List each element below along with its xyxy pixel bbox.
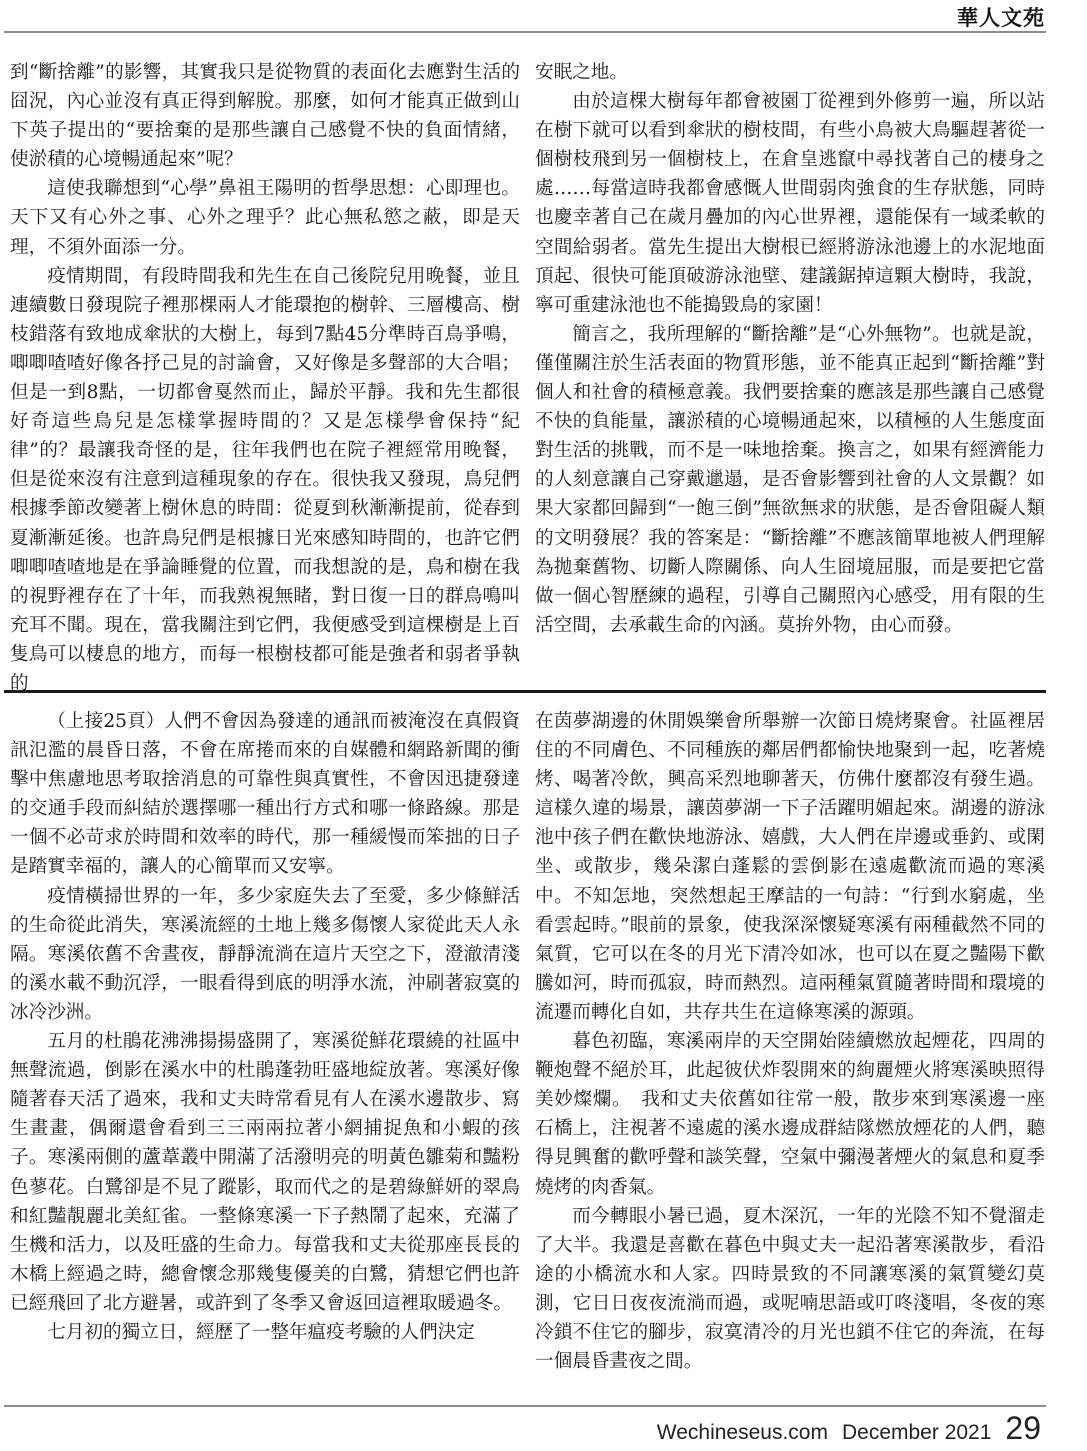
paragraph: 簡言之，我所理解的“斷捨離”是“心外無物”。也就是說，僅僅關注於生活表面的物質形… xyxy=(535,320,1045,640)
page-number: 29 xyxy=(1005,1410,1041,1447)
paragraph: 七月初的獨立日，經歷了一整年瘟疫考驗的人們決定 xyxy=(10,1318,520,1347)
article-bottom-right-column: 在茵夢湖邊的休閒娛樂會所舉辦一次節日燒烤聚會。社區裡居住的不同膚色、不同種族的鄰… xyxy=(535,707,1045,1376)
paragraph: 在茵夢湖邊的休閒娛樂會所舉辦一次節日燒烤聚會。社區裡居住的不同膚色、不同種族的鄰… xyxy=(535,707,1045,1027)
article-bottom-left-column: （上接25頁）人們不會因為發達的通訊而被淹沒在真假資訊氾濫的晨昏日落，不會在席捲… xyxy=(10,707,520,1347)
paragraph: （上接25頁）人們不會因為發達的通訊而被淹沒在真假資訊氾濫的晨昏日落，不會在席捲… xyxy=(10,707,520,882)
paragraph: 暮色初臨，寒溪兩岸的天空開始陸續燃放起煙花，四周的鞭炮聲不絕於耳，此起彼伏炸裂開… xyxy=(535,1027,1045,1202)
paragraph: 五月的杜鵑花沸沸揚揚盛開了，寒溪從鮮花環繞的社區中無聲流過，倒影在溪水中的杜鵑蓬… xyxy=(10,1027,520,1318)
page-footer: Wechineseus.com December 2021 29 xyxy=(657,1410,1041,1447)
article-divider xyxy=(4,690,1046,693)
article-top-left-column: 到“斷捨離”的影響，其實我只是從物質的表面化去應對生活的囧況，內心並沒有真正得到… xyxy=(10,58,520,698)
footer-issue-date: December 2021 xyxy=(842,1421,991,1445)
footer-rule xyxy=(4,1405,1046,1407)
paragraph: 疫情橫掃世界的一年，多少家庭失去了至愛，多少條鮮活的生命從此消失，寒溪流經的土地… xyxy=(10,882,520,1027)
paragraph: 疫情期間，有段時間我和先生在自己後院兒用晚餐，並且連續數日發現院子裡那棵兩人才能… xyxy=(10,262,520,698)
paragraph: 安眠之地。 xyxy=(535,58,1045,87)
header-rule xyxy=(4,31,1046,33)
section-title: 華人文苑 xyxy=(957,2,1045,32)
paragraph: 到“斷捨離”的影響，其實我只是從物質的表面化去應對生活的囧況，內心並沒有真正得到… xyxy=(10,58,520,174)
paragraph: 這使我聯想到“心學”鼻祖王陽明的哲學思想：心即理也。天下又有心外之事、心外之理乎… xyxy=(10,174,520,261)
article-top-right-column: 安眠之地。 由於這棵大樹每年都會被園丁從裡到外修剪一遍，所以站在樹下就可以看到傘… xyxy=(535,58,1045,640)
paragraph: 而今轉眼小暑已過，夏木深沉，一年的光陰不知不覺溜走了大半。我還是喜歡在暮色中與丈… xyxy=(535,1202,1045,1377)
footer-site: Wechineseus.com xyxy=(657,1421,828,1445)
paragraph: 由於這棵大樹每年都會被園丁從裡到外修剪一遍，所以站在樹下就可以看到傘狀的樹枝間，… xyxy=(535,87,1045,320)
